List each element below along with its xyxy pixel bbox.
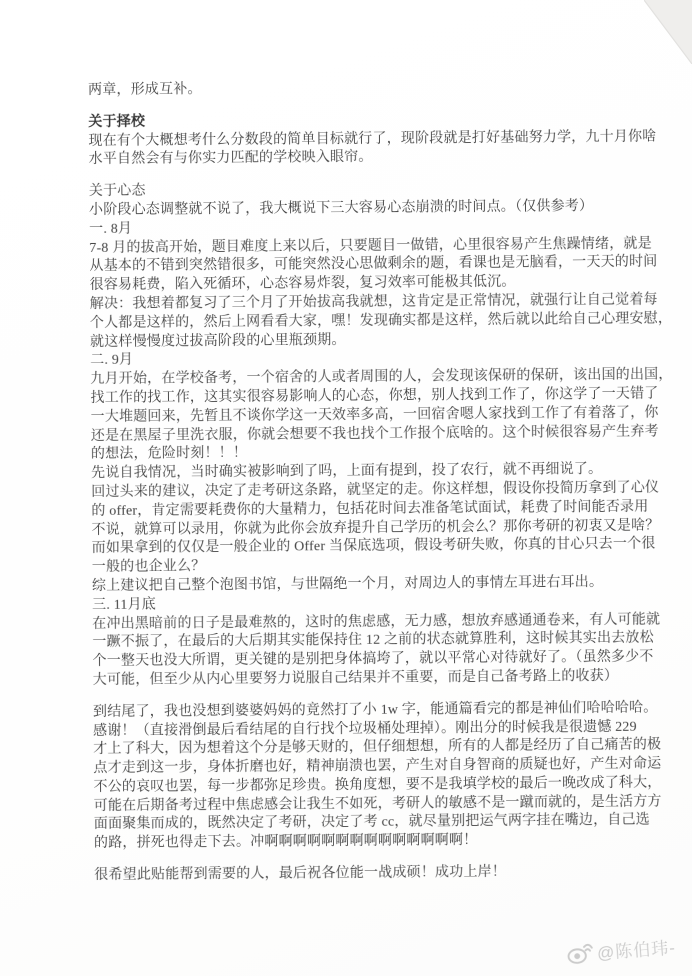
paragraph: 现在有个大概想考什么分数段的简单目标就行了，现阶段就是打好基础努力学，九十月你啥… (88, 128, 672, 170)
paragraph: 在冲出黑暗前的日子是最难熬的，这时的焦虑感，无力感，想放弃感通通卷来，有人可能就… (92, 611, 677, 691)
document-photo: 两章，形成互补。关于择校现在有个大概想考什么分数段的简单目标就行了，现阶段就是打… (0, 0, 692, 976)
weibo-watermark: @陈伯玮- (565, 932, 676, 966)
watermark-text: @陈伯玮- (596, 933, 676, 963)
paragraph: 九月开始，在学校备考，一个宿舍的人或者周围的人，会发现该保研的保研，该出国的出国… (90, 367, 675, 466)
paragraph: 7-8 月的拔高开始，题目难度上来以后，只要题目一做错，心里很容易产生焦躁情绪，… (89, 235, 673, 296)
photo-corner-background (644, 0, 692, 64)
paragraph: 到结尾了，我也没想到婆婆妈妈的竟然打了小 1w 字，能通篇看完的都是神仙们哈哈哈… (93, 699, 678, 854)
paragraph: 解决：我想着都复习了三个月了开始拔高我就想，这肯定是正常情况，就强行让自己觉着每… (90, 291, 674, 352)
weibo-icon (565, 938, 595, 966)
paragraph: 回过头来的建议，决定了走考研这条路，就坚定的走。你这样想，假设你投简历拿到了心仪… (91, 479, 676, 578)
paragraph: 很希望此贴能帮到需要的人，最后祝各位能一战成硕！成功上岸！ (94, 862, 678, 885)
document-content: 两章，形成互补。关于择校现在有个大概想考什么分数段的简单目标就行了，现阶段就是打… (88, 77, 678, 885)
